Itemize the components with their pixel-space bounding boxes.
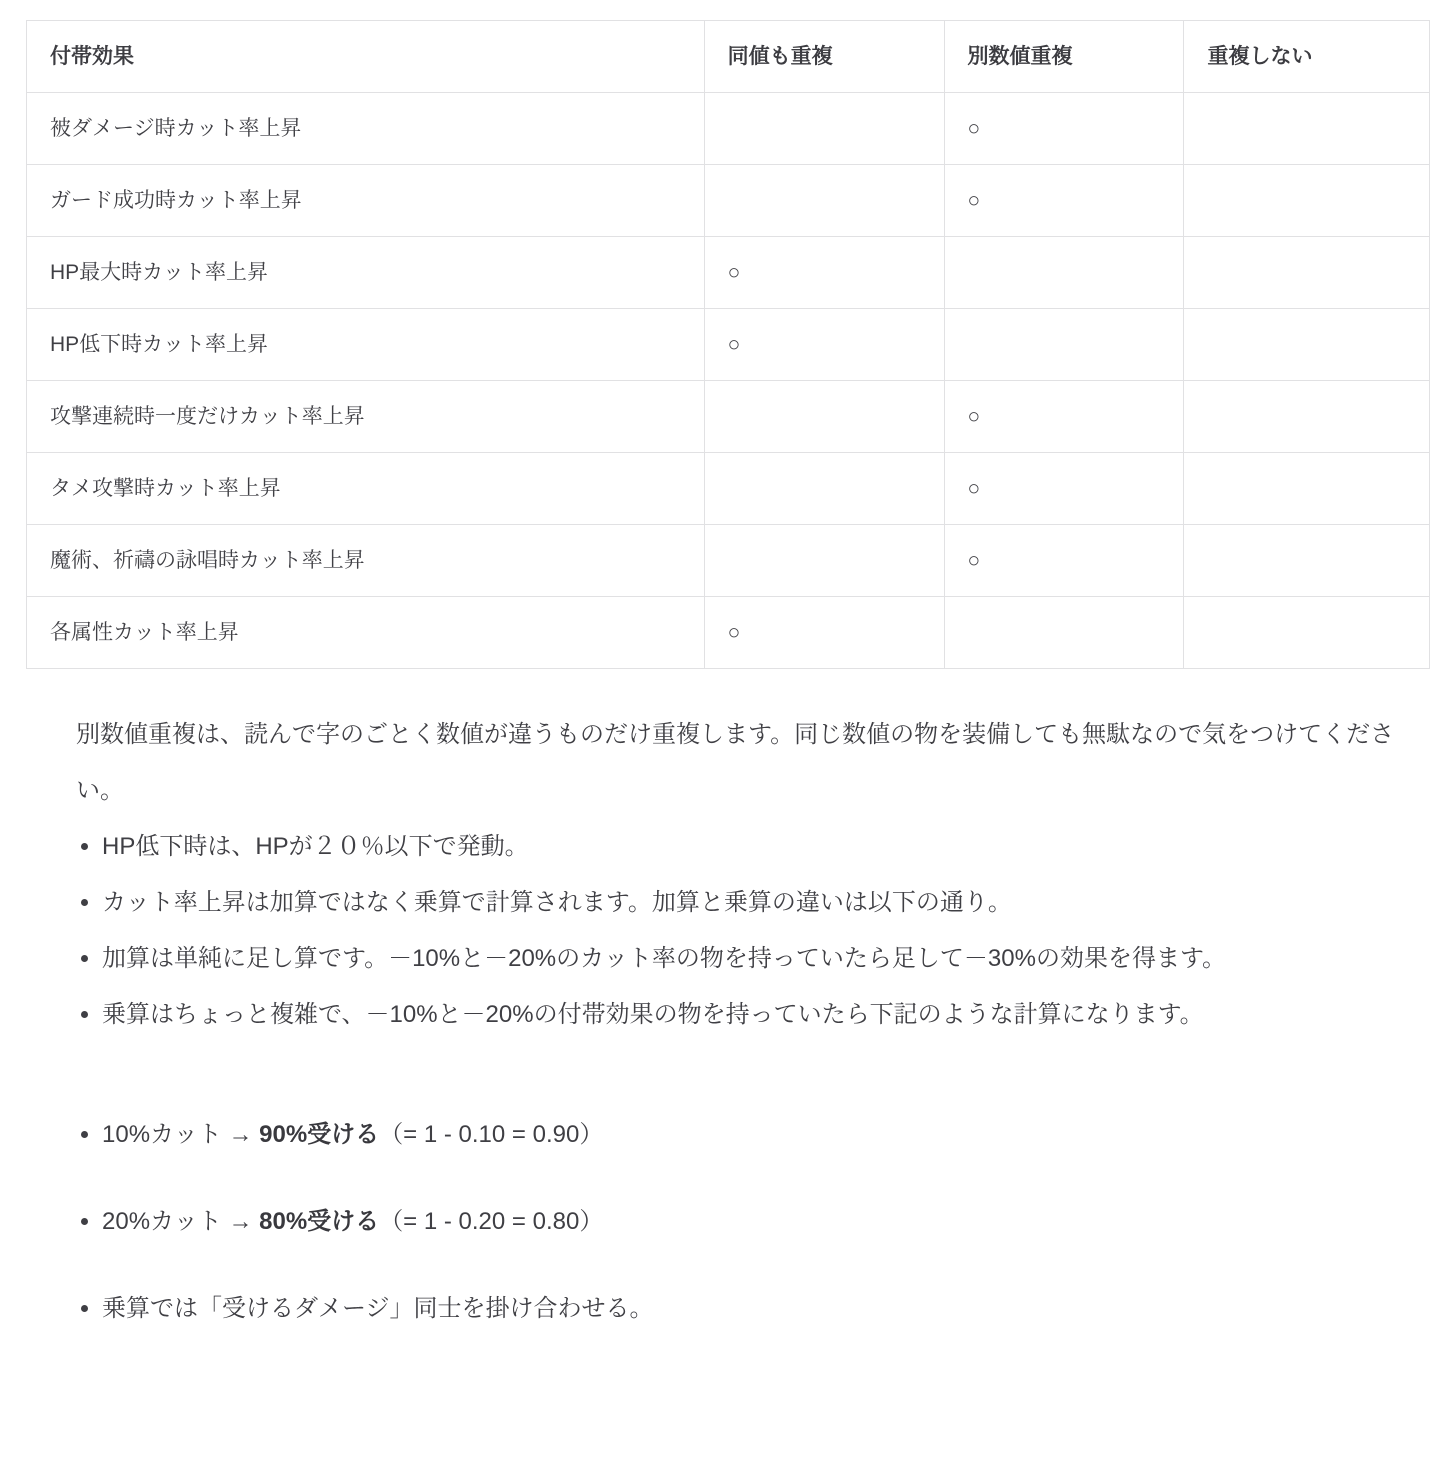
table-row: 攻撃連続時一度だけカット率上昇 ○ [27,381,1430,453]
table-header-row: 付帯効果 同値も重複 別数値重複 重複しない [27,21,1430,93]
calc-prefix: 乗算では「受けるダメージ」同士を掛け合わせる。 [102,1295,654,1322]
table-row: 被ダメージ時カット率上昇 ○ [27,93,1430,165]
note-item: 乗算はちょっと複雑で、－10%と－20%の付帯効果の物を持っていたら下記のような… [102,987,1430,1043]
note-item: HP低下時は、HPが２０％以下で発動。 [102,819,1430,875]
mark-cell: ○ [704,237,944,309]
mark-cell: ○ [704,597,944,669]
effect-stacking-table: 付帯効果 同値も重複 別数値重複 重複しない 被ダメージ時カット率上昇 ○ ガー… [26,20,1430,669]
mark-cell: ○ [704,309,944,381]
mark-cell: ○ [944,93,1184,165]
table-row: タメ攻撃時カット率上昇 ○ [27,453,1430,525]
effect-cell: 攻撃連続時一度だけカット率上昇 [27,381,705,453]
effect-cell: タメ攻撃時カット率上昇 [27,453,705,525]
table-row: HP最大時カット率上昇 ○ [27,237,1430,309]
table-row: HP低下時カット率上昇 ○ [27,309,1430,381]
calc-bold-result: 90%受ける [259,1121,379,1148]
calc-item: 乗算では「受けるダメージ」同士を掛け合わせる。 [102,1281,1430,1337]
mark-cell [704,453,944,525]
col-header-no-stack: 重複しない [1184,21,1430,93]
mark-cell [1184,237,1430,309]
table-row: ガード成功時カット率上昇 ○ [27,165,1430,237]
mark-cell [944,237,1184,309]
note-item: 加算は単純に足し算です。－10%と－20%のカット率の物を持っていたら足して－3… [102,931,1430,987]
mark-cell: ○ [944,525,1184,597]
effect-cell: ガード成功時カット率上昇 [27,165,705,237]
mark-cell [1184,309,1430,381]
mark-cell [1184,165,1430,237]
calc-item: 20%カット → 80%受ける（= 1 - 0.20 = 0.80） [102,1194,1430,1250]
mark-cell [1184,93,1430,165]
mark-cell [1184,525,1430,597]
mark-cell [704,165,944,237]
table-row: 各属性カット率上昇 ○ [27,597,1430,669]
mark-cell [944,597,1184,669]
calc-prefix: 10%カット → [102,1121,259,1148]
col-header-same-value: 同値も重複 [704,21,944,93]
mark-cell [704,525,944,597]
effect-cell: 各属性カット率上昇 [27,597,705,669]
calc-item: 10%カット → 90%受ける（= 1 - 0.10 = 0.90） [102,1107,1430,1163]
mark-cell [1184,381,1430,453]
effect-cell: HP低下時カット率上昇 [27,309,705,381]
article-content: 付帯効果 同値も重複 別数値重複 重複しない 被ダメージ時カット率上昇 ○ ガー… [0,0,1452,1377]
table-row: 魔術、祈禱の詠唱時カット率上昇 ○ [27,525,1430,597]
intro-paragraph: 別数値重複は、読んで字のごとく数値が違うものだけ重複します。同じ数値の物を装備し… [26,707,1430,819]
mark-cell [944,309,1184,381]
mark-cell: ○ [944,381,1184,453]
col-header-diff-value: 別数値重複 [944,21,1184,93]
mark-cell [1184,453,1430,525]
col-header-effect: 付帯効果 [27,21,705,93]
mark-cell [704,93,944,165]
calc-examples-list: 10%カット → 90%受ける（= 1 - 0.10 = 0.90） 20%カッ… [26,1107,1430,1337]
calc-formula: （= 1 - 0.20 = 0.80） [379,1208,603,1235]
note-item: カット率上昇は加算ではなく乗算で計算されます。加算と乗算の違いは以下の通り。 [102,875,1430,931]
mark-cell: ○ [944,453,1184,525]
effect-cell: 被ダメージ時カット率上昇 [27,93,705,165]
mark-cell [704,381,944,453]
calc-formula: （= 1 - 0.10 = 0.90） [379,1121,603,1148]
mark-cell [1184,597,1430,669]
calc-prefix: 20%カット → [102,1208,259,1235]
effect-cell: 魔術、祈禱の詠唱時カット率上昇 [27,525,705,597]
mark-cell: ○ [944,165,1184,237]
calc-bold-result: 80%受ける [259,1208,379,1235]
notes-list: HP低下時は、HPが２０％以下で発動。 カット率上昇は加算ではなく乗算で計算され… [26,819,1430,1043]
effect-cell: HP最大時カット率上昇 [27,237,705,309]
